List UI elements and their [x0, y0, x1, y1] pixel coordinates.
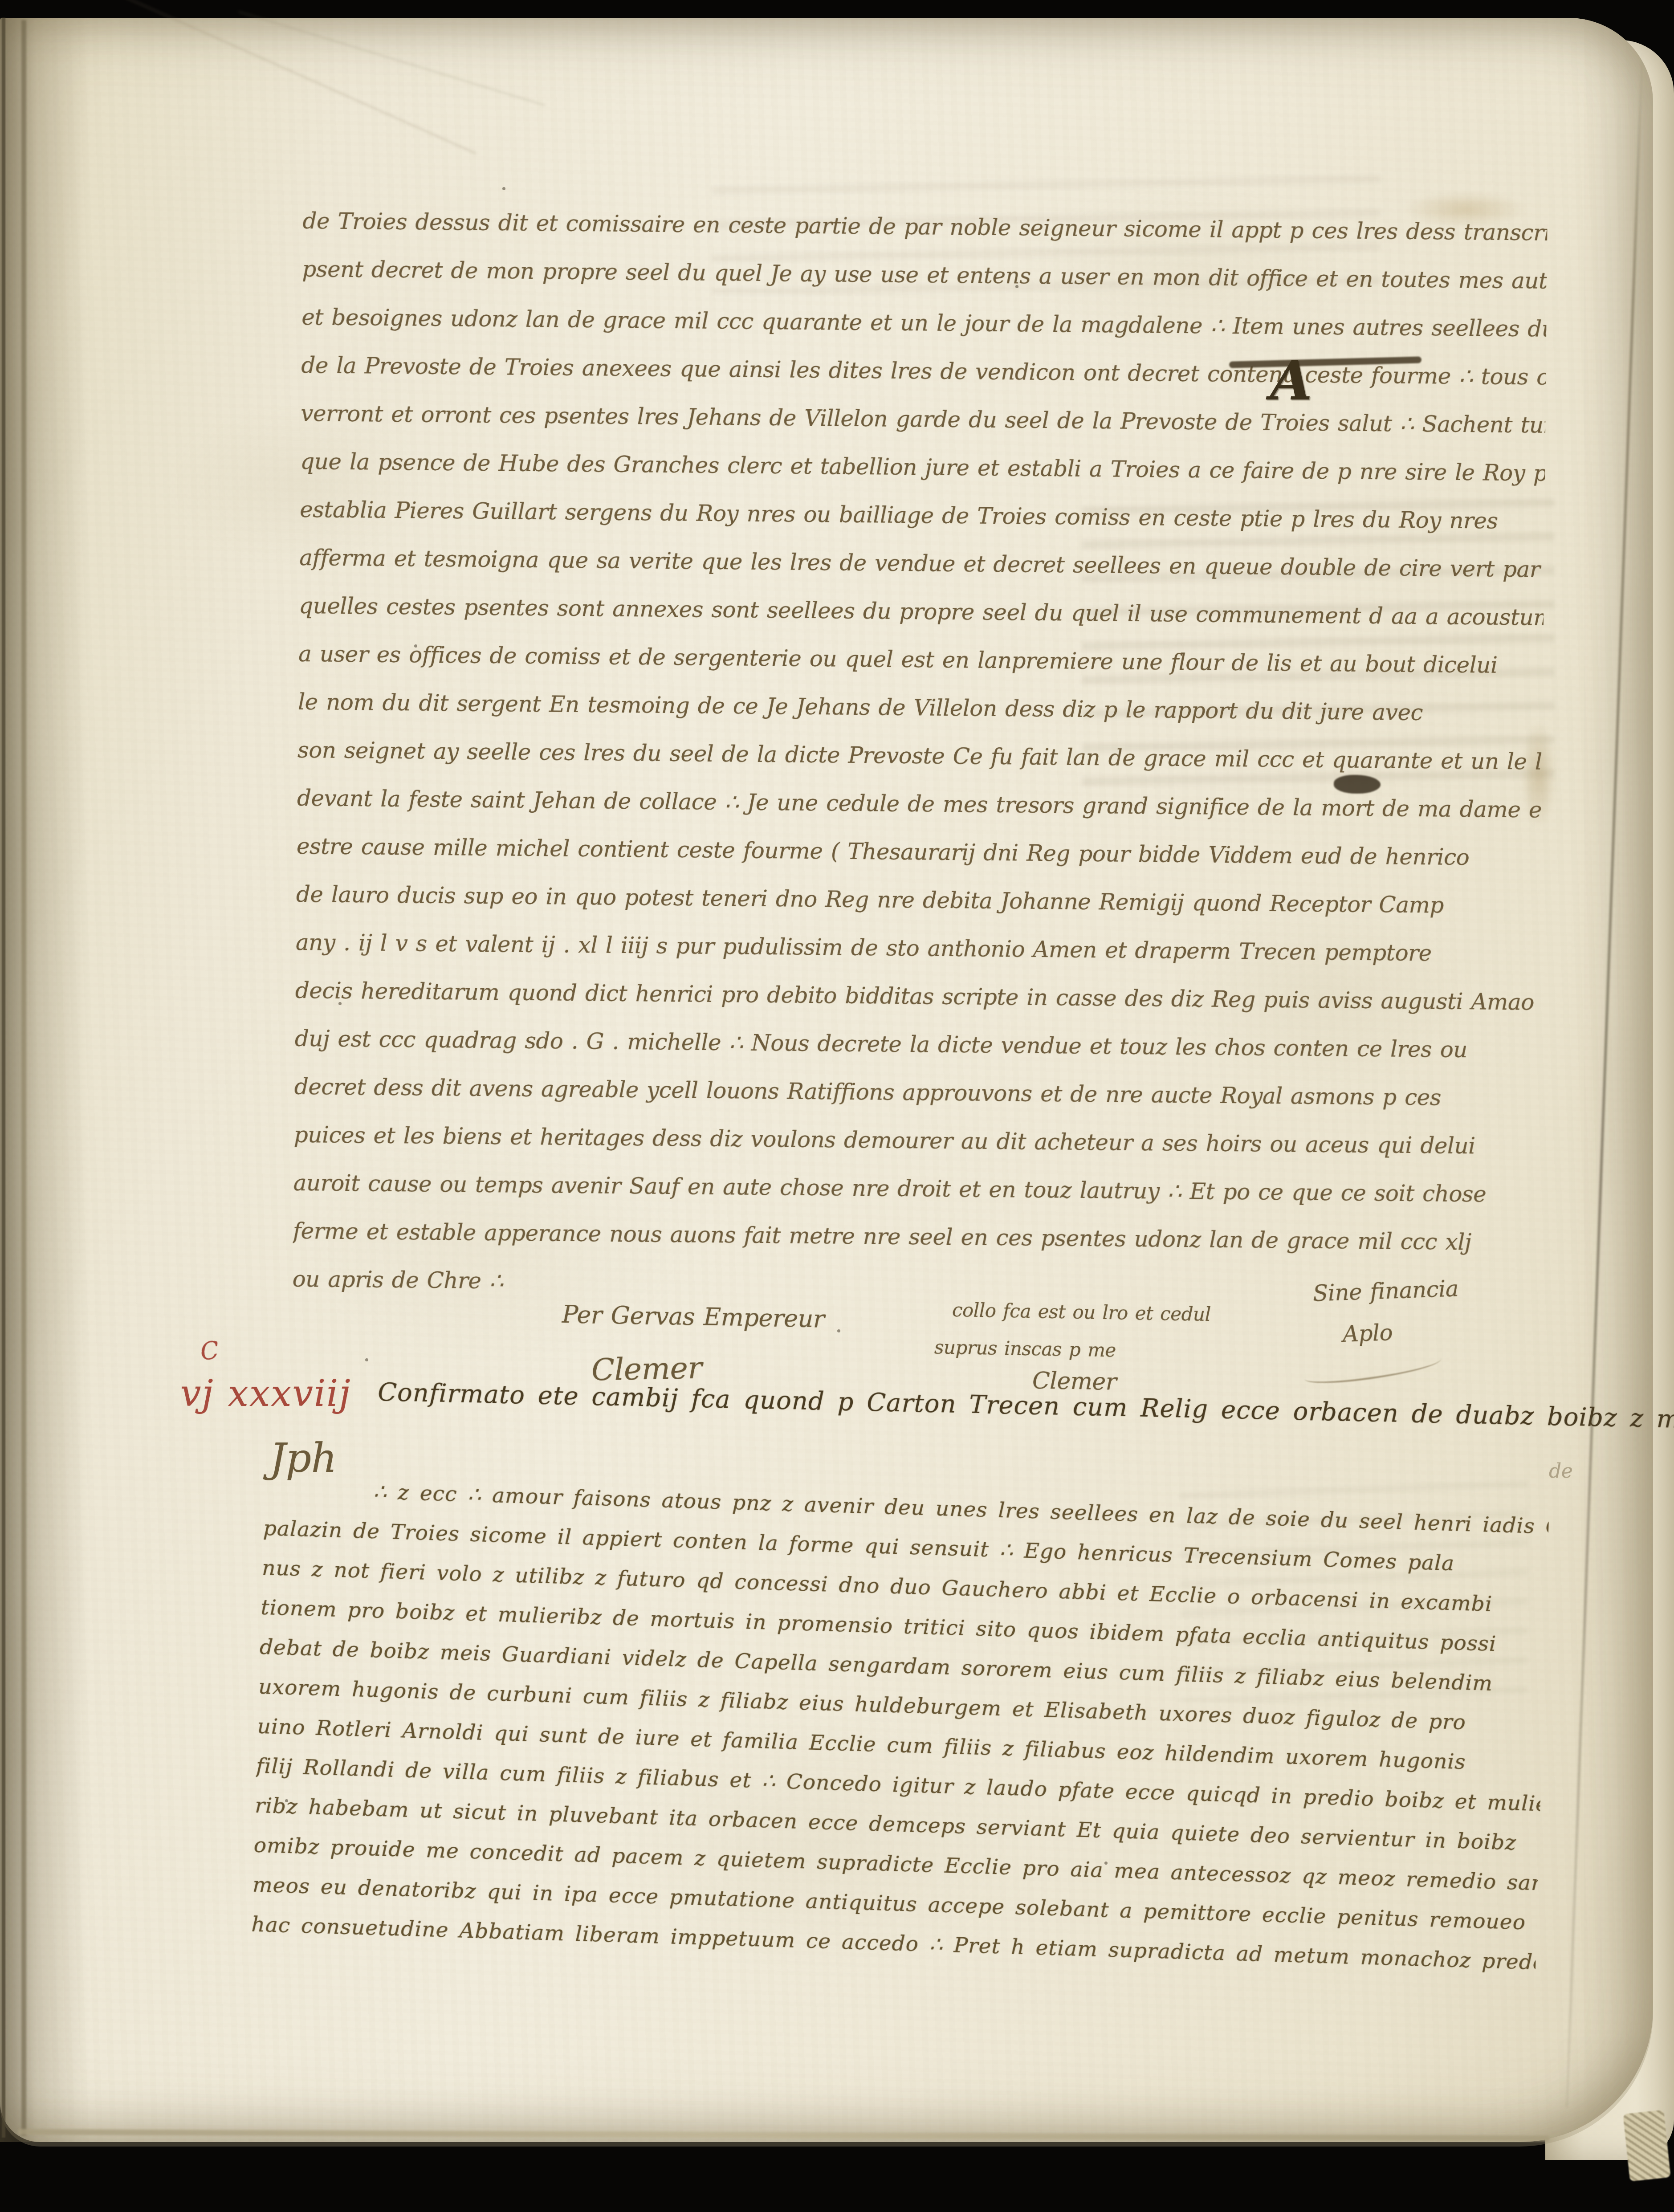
gutter-crease-line [21, 20, 26, 2135]
signature-per-line: Per Gervas Empereur [562, 1300, 824, 1333]
collation-note-line1: collo fca est ou lro et cedul [952, 1299, 1211, 1325]
manuscript-photo: { "palette": { "background_black": "#070… [0, 0, 1674, 2212]
collation-note-line2: suprus inscas p me [934, 1336, 1116, 1361]
speck [365, 1358, 368, 1361]
speck [502, 187, 505, 190]
decorated-initial-A: A [1270, 348, 1312, 412]
faded-margin-blot: de [1549, 1460, 1572, 1483]
finance-note: Sine financia [1312, 1275, 1459, 1306]
bookmark-textile-edge [1623, 2110, 1670, 2182]
text-block-decree: de Troies dessus dit et comissaire en ce… [292, 197, 1547, 1349]
gutter-crease-line [2, 18, 5, 2138]
rubric-item-number: vj xxxviij [180, 1373, 351, 1415]
binding-gutter [0, 18, 89, 2142]
finance-paraph: Aplo [1342, 1320, 1393, 1347]
text-block-charter: ∴ z ecc ∴ amour faisons atous pnz z aven… [250, 1469, 1549, 2005]
rubric-paraph-mark: C [199, 1336, 220, 1366]
